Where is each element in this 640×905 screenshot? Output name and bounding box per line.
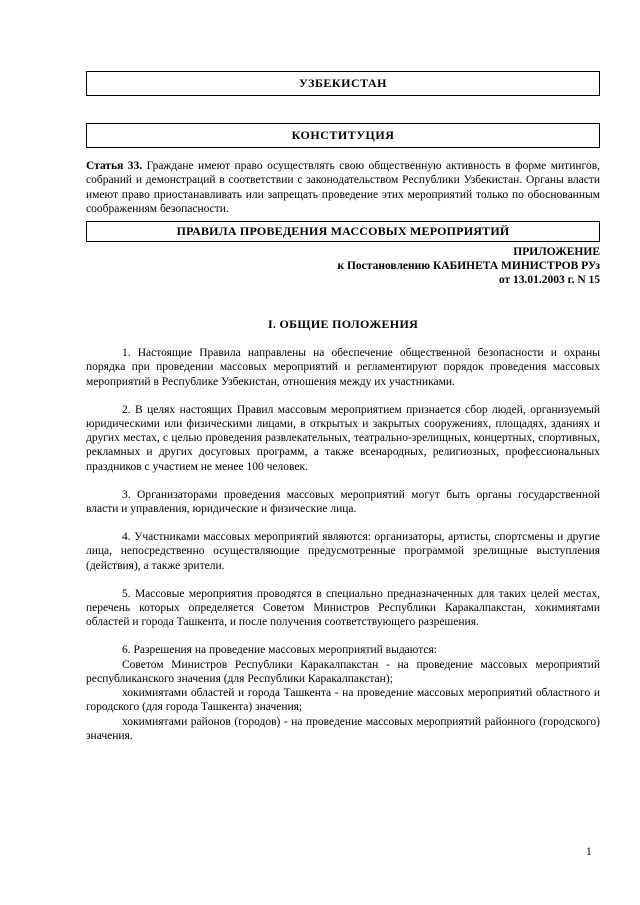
paragraph-6-item-3: хокимиятами районов (городов) - на прове… xyxy=(86,715,600,743)
paragraph-4: 4. Участниками массовых мероприятий явля… xyxy=(86,530,600,573)
annex-line-3: от 13.01.2003 г. N 15 xyxy=(86,273,600,287)
paragraph-1: 1. Настоящие Правила направлены на обесп… xyxy=(86,346,600,389)
constitution-title-box: КОНСТИТУЦИЯ xyxy=(86,123,600,148)
rules-title-box: ПРАВИЛА ПРОВЕДЕНИЯ МАССОВЫХ МЕРОПРИЯТИЙ xyxy=(86,221,600,242)
annex-line-2: к Постановлению КАБИНЕТА МИНИСТРОВ РУз xyxy=(86,259,600,273)
paragraph-3: 3. Организаторами проведения массовых ме… xyxy=(86,488,600,516)
document-page: УЗБЕКИСТАН КОНСТИТУЦИЯ Статья 33. Гражда… xyxy=(0,0,640,905)
section-1-heading: I. ОБЩИЕ ПОЛОЖЕНИЯ xyxy=(86,317,600,332)
article-33-text: Граждане имеют право осуществлять свою о… xyxy=(86,160,600,215)
article-33-paragraph: Статья 33. Граждане имеют право осуществ… xyxy=(86,159,600,217)
annex-line-1: ПРИЛОЖЕНИЕ xyxy=(86,245,600,259)
constitution-title-label: КОНСТИТУЦИЯ xyxy=(292,128,395,142)
article-33-label: Статья 33. xyxy=(86,160,142,172)
paragraph-6-intro: 6. Разрешения на проведение массовых мер… xyxy=(86,643,600,657)
country-title-box: УЗБЕКИСТАН xyxy=(86,71,600,96)
paragraph-6-item-1: Советом Министров Республики Каракалпакс… xyxy=(86,658,600,686)
rules-title-label: ПРАВИЛА ПРОВЕДЕНИЯ МАССОВЫХ МЕРОПРИЯТИЙ xyxy=(177,224,510,238)
paragraph-5: 5. Массовые мероприятия проводятся в спе… xyxy=(86,587,600,630)
page-number: 1 xyxy=(586,846,592,858)
paragraph-6-item-2: хокимиятами областей и города Ташкента -… xyxy=(86,686,600,714)
document-content: УЗБЕКИСТАН КОНСТИТУЦИЯ Статья 33. Гражда… xyxy=(86,0,600,743)
annex-reference-block: ПРИЛОЖЕНИЕ к Постановлению КАБИНЕТА МИНИ… xyxy=(86,245,600,288)
country-title-label: УЗБЕКИСТАН xyxy=(299,76,387,90)
paragraph-2: 2. В целях настоящих Правил массовым мер… xyxy=(86,403,600,474)
